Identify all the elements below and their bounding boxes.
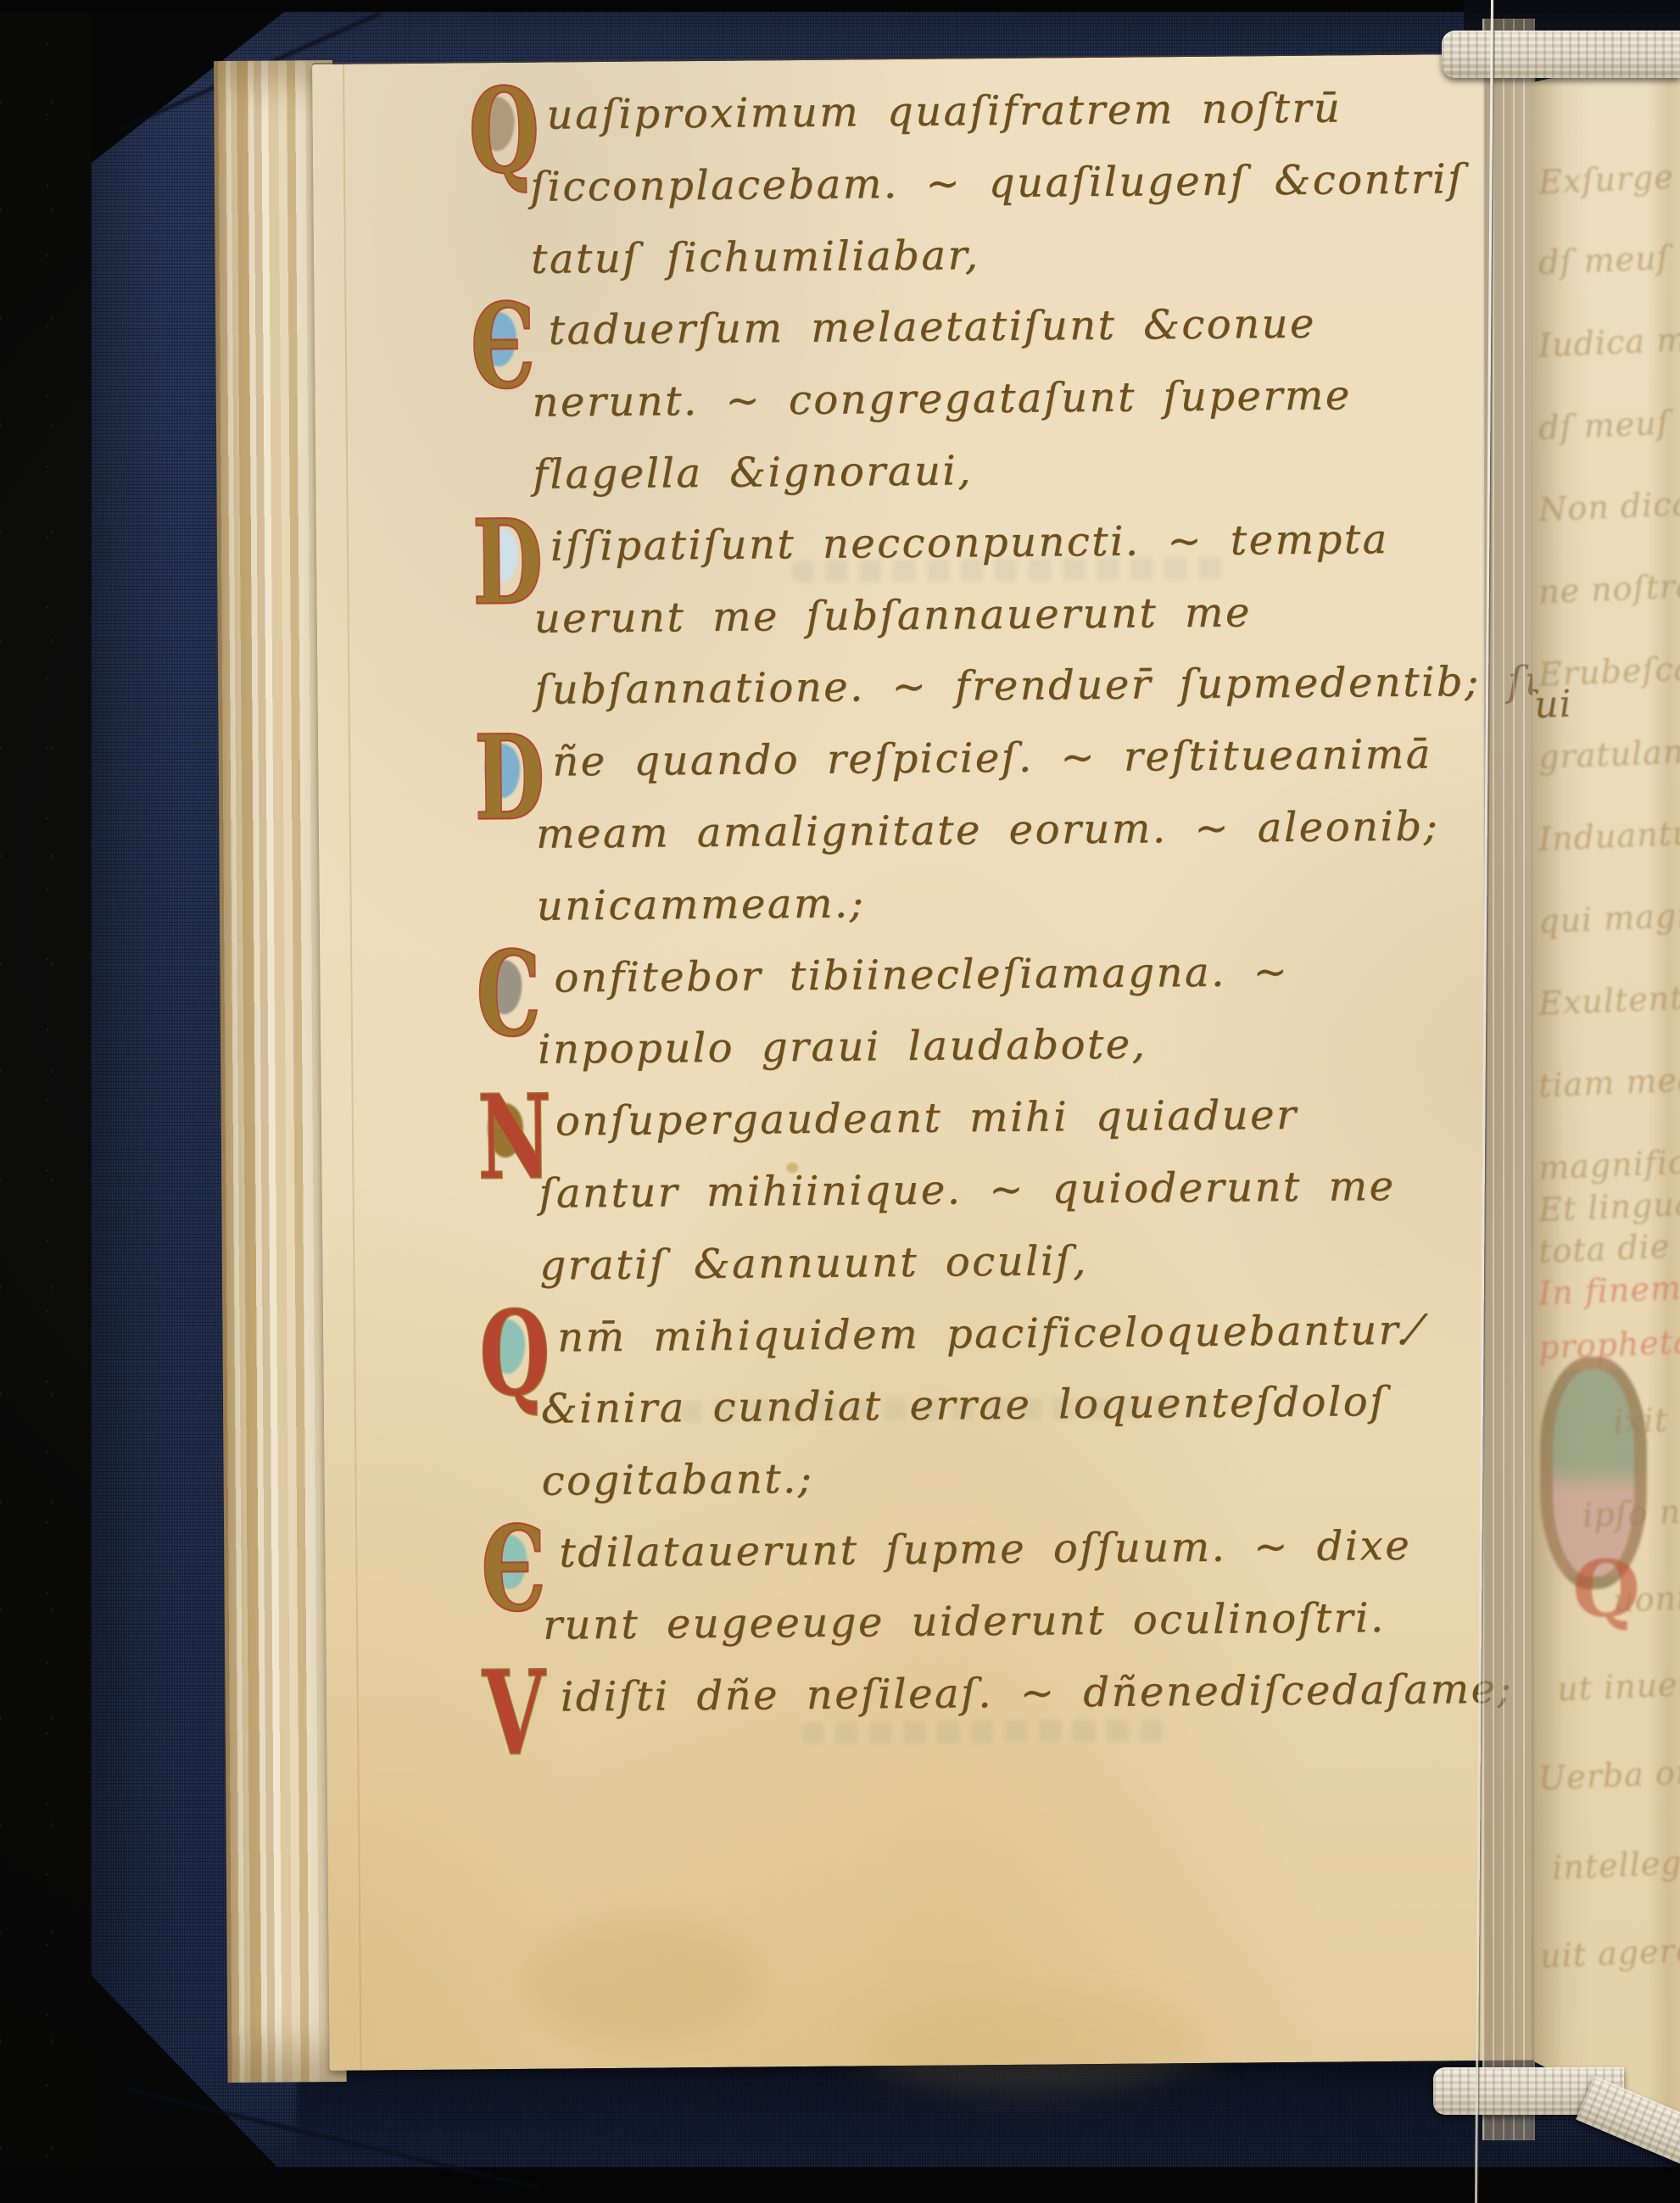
manuscript-line: &inira cundiat errae loquenteſdoloſ <box>541 1378 1387 1458</box>
line-text: taduerſum melaetatiſunt &conue <box>549 300 1317 354</box>
line-text: inpopulo graui laudabote, <box>538 1021 1147 1074</box>
line-text: nm̄ mihiquidem pacificeloquebantur.⁄ <box>557 1306 1420 1361</box>
line-text: cogitabant.; <box>541 1455 813 1505</box>
facing-page-line: ut inueniatur iniq <box>1556 1659 1680 1709</box>
facing-page-line: Induantur confuſione <box>1538 806 1680 858</box>
line-text: flagella &ignoraui, <box>533 447 973 499</box>
initial-glyph: Є <box>481 1511 546 1628</box>
right-page-sliver[interactable]: Q Exſurge dne intende iuddſ meuſ & dnſ m… <box>1532 49 1680 2137</box>
illuminated-initial-є: Є <box>470 293 527 396</box>
line-text: tatuſ ſichumiliabar, <box>531 231 980 283</box>
illuminated-initial-q: Q <box>468 78 525 181</box>
manuscript-line: runt eugeeuge uiderunt oculinoſtri. <box>543 1594 1386 1674</box>
manuscript-line: inpopulo graui laudabote, <box>538 1021 1147 1098</box>
left-page[interactable]: Quaſiproximum quaſifratrem noſtrūſicconp… <box>312 53 1553 2070</box>
line-text: ſicconplacebam. ∼ quaſilugenſ &contriſ <box>530 155 1465 211</box>
manuscript-line: Dñe quando reſpicieſ. ∼ reſtitueanimā <box>535 731 1432 811</box>
initial-glyph: D <box>474 720 545 837</box>
illuminated-initial-v: V <box>482 1659 539 1762</box>
manuscript-line: cogitabant.; <box>541 1455 813 1530</box>
initial-glyph: Q <box>468 73 540 190</box>
illuminated-initial-n: N <box>477 1085 534 1187</box>
facing-page-line: uit agere iniquita <box>1539 1926 1680 1976</box>
manuscript-line: Confitebor tibiinecleſiamagna. ∼ <box>537 948 1290 1027</box>
manuscript-line: ſubſannatione. ∼ frenduer̄ ſupmedentib; … <box>534 657 1568 739</box>
line-text: gratiſ &annuunt oculiſ, <box>539 1237 1088 1290</box>
illuminated-initial-q: Q <box>479 1300 536 1403</box>
line-text: idiſti dñe neſileaſ. ∼ dñenediſcedaſame; <box>561 1665 1514 1721</box>
illuminated-initial-d: D <box>474 725 531 828</box>
facing-page-line: qui magna loquuntur <box>1538 888 1680 940</box>
facing-page-line: gratulantur maliſ meiſ <box>1538 723 1680 777</box>
line-text: meam amalignitate eorum. ∼ aleonib; <box>536 802 1440 857</box>
manuscript-line: nerunt. ∼ congregataſunt ſuperme <box>532 372 1352 451</box>
underleaf-edge-line <box>343 64 362 2071</box>
facing-page-line: Exultent & laetentur <box>1538 970 1680 1022</box>
facing-page-line: dſ meuſ & non ſup ga <box>1538 394 1680 447</box>
manuscript-line: Єtdilatauerunt ſupme oſſuum. ∼ dixe <box>542 1522 1411 1602</box>
manuscript-line: gratiſ &annuunt oculiſ, <box>539 1237 1088 1314</box>
line-text: &inira cundiat errae loquenteſdoloſ <box>541 1378 1387 1433</box>
manuscript-line: Qnm̄ mihiquidem pacificeloquebantur.⁄ <box>540 1306 1420 1386</box>
illuminated-initial-c: C <box>476 940 533 1043</box>
initial-glyph: D <box>472 504 544 621</box>
manuscript-line: Nonſupergaudeant mihi quiaduer <box>539 1091 1298 1170</box>
facing-page-line: magnificetur dnſ qui <box>1538 1135 1680 1186</box>
manuscript-line: Diſſipatiſunt necconpuncti. ∼ tempta <box>533 516 1389 595</box>
line-text: ſantur mihiinique. ∼ quioderunt me <box>539 1163 1395 1218</box>
manuscript-text-block: Quaſiproximum quaſifratrem noſtrūſicconp… <box>529 83 1487 92</box>
line-text: nerunt. ∼ congregataſunt ſuperme <box>532 372 1352 427</box>
line-text: iſſipatiſunt necconpuncti. ∼ tempta <box>550 516 1389 571</box>
manuscript-line: unicammeam.; <box>536 879 865 954</box>
manuscript-line: flagella &ignoraui, <box>533 447 973 523</box>
binding-tape-top <box>1442 31 1680 78</box>
initial-glyph: Є <box>470 288 535 405</box>
facing-page-line: tiam meam & dicant <box>1538 1052 1680 1104</box>
line-text: onfitebor tibiinecleſiamagna. ∼ <box>554 948 1289 1002</box>
initial-glyph: V <box>482 1654 545 1771</box>
manuscript-line: Vidiſti dñe neſileaſ. ∼ dñenediſcedaſame… <box>544 1665 1514 1745</box>
illuminated-initial-є: Є <box>481 1516 538 1619</box>
manuscript-photograph: Quaſiproximum quaſifratrem noſtrūſicconp… <box>0 0 1680 2203</box>
manuscript-line: Quaſiproximum quaſifratrem noſtrū <box>529 84 1342 163</box>
facing-page-line: intellegere ut bene <box>1551 1836 1680 1887</box>
line-text: ſubſannatione. ∼ frenduer̄ ſupmedentib; … <box>534 657 1568 714</box>
backdrop-strip-bottom <box>0 2167 1680 2203</box>
facing-page-line: propheta dauid ps <box>1538 1316 1680 1366</box>
facing-page-line: Exſurge dne intende iud <box>1538 147 1680 201</box>
line-text: runt eugeeuge uiderunt oculinoſtri. <box>543 1594 1386 1649</box>
manuscript-line: tatuſ ſichumiliabar, <box>531 231 980 308</box>
manuscript-line: Єtaduerſum melaetatiſunt &conue <box>532 300 1317 379</box>
backdrop-strip-top <box>0 0 1680 12</box>
initial-glyph: Q <box>479 1295 551 1412</box>
facing-page-line: ne noſtrae nec dicaſ <box>1538 560 1680 611</box>
manuscript-line: ſantur mihiinique. ∼ quioderunt me <box>539 1163 1395 1242</box>
line-text: unicammeam.; <box>536 879 865 929</box>
line-text: tdilatauerunt ſupme oſſuum. ∼ dixe <box>559 1522 1411 1577</box>
manuscript-line: uerunt me ſubſannauerunt me <box>533 588 1252 666</box>
illuminated-initial-d: D <box>472 510 529 612</box>
facing-page-line: Non dicant in corde <box>1538 477 1680 529</box>
facing-page-line: Uerba oriſ eiuſ ini <box>1538 1747 1680 1797</box>
line-text: uerunt me ſubſannauerunt me <box>533 588 1252 642</box>
line-text: onſupergaudeant mihi quiaduer <box>555 1091 1298 1146</box>
manuscript-line: meam amalignitate eorum. ∼ aleonib; <box>536 802 1440 882</box>
manuscript-line: ſicconplacebam. ∼ quaſilugenſ &contriſ <box>530 155 1465 236</box>
page-stain <box>523 1917 762 2046</box>
line-text: ñe quando reſpicieſ. ∼ reſtitueanimā <box>552 731 1432 786</box>
facing-page-line: dſ meuſ & dnſ meuſ <box>1538 231 1680 282</box>
line-text: uaſiproximum quaſifratrem noſtrū <box>546 84 1342 138</box>
facing-page-line: Iudica me ſecundum <box>1538 312 1680 364</box>
initial-glyph: C <box>476 935 541 1052</box>
